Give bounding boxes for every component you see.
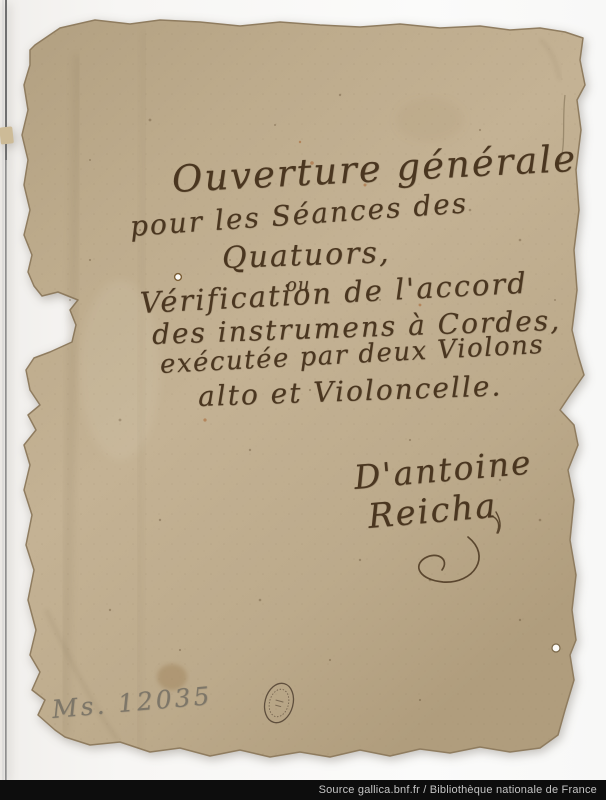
- source-attribution-bar: Source gallica.bnf.fr / Bibliothèque nat…: [0, 780, 606, 800]
- paper-fragment: [0, 126, 14, 144]
- manuscript-title-line: Quatuors,: [221, 238, 390, 274]
- author-signature-line: Reicha: [367, 489, 499, 534]
- source-attribution-text: Source gallica.bnf.fr / Bibliothèque nat…: [319, 784, 597, 796]
- binding-edge-line: [3, 0, 8, 780]
- digitized-manuscript-scan: Ouverture générale pour les Séances des …: [0, 0, 606, 800]
